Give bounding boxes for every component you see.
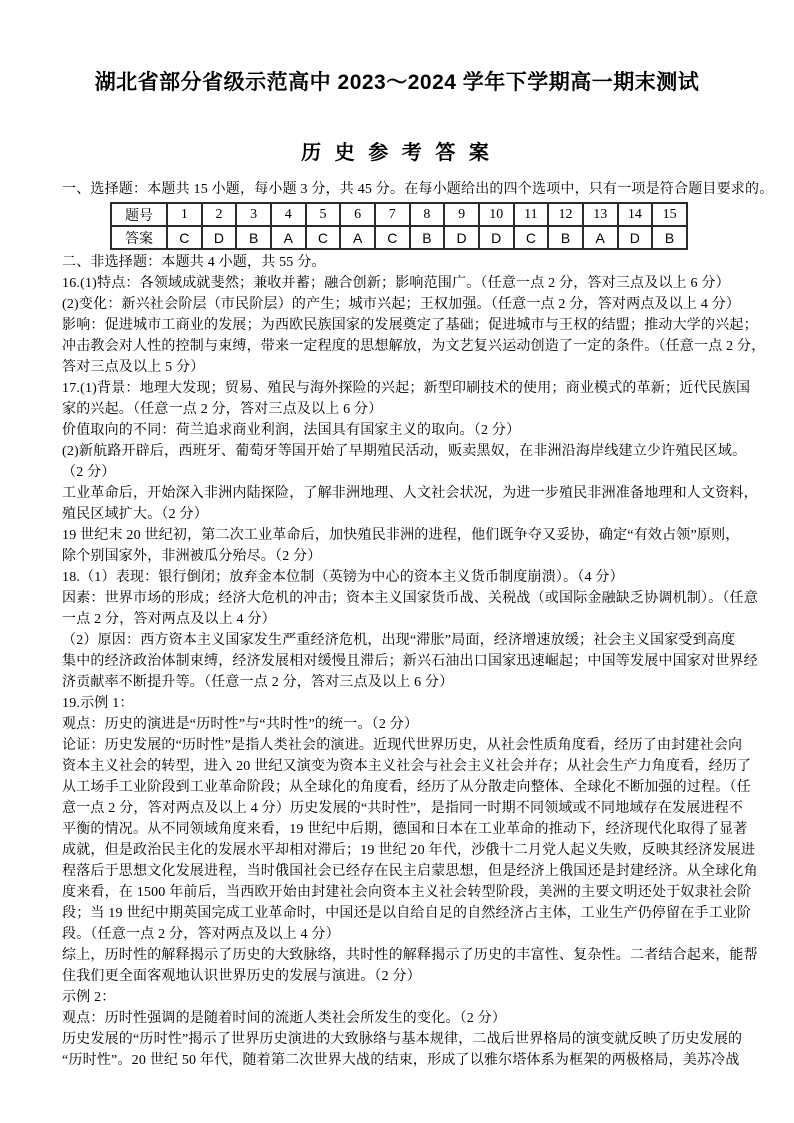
answer-line: 意一点 2 分，答对两点及以上 4 分）历史发展的“共时性”，是指同一时期不同领…	[62, 798, 732, 819]
answer-line: 16.(1)特点：各领域成就斐然；兼收并蓄；融合创新；影响范围广。（任意一点 2…	[62, 273, 732, 294]
question-number: 13	[583, 203, 618, 226]
answer-line: 示例 2：	[62, 987, 732, 1008]
table-row-numbers: 题号 1 2 3 4 5 6 7 8 9 10 11 12 13 14 15	[111, 203, 687, 226]
answer-line: 家的兴起。（任意一点 2 分，答对三点及以上 6 分）	[62, 399, 732, 420]
document-title: 湖北省部分省级示范高中 2023～2024 学年下学期高一期末测试	[62, 0, 732, 96]
answer-line: 平衡的情况。从不同领域角度来看，19 世纪中后期，德国和日本在工业革命的推动下，…	[62, 819, 732, 840]
answer-line: 度来看，在 1500 年前后，当西欧开始由封建社会向资本主义社会转型阶段，美洲的…	[62, 882, 732, 903]
answer-cell: D	[618, 226, 653, 249]
answer-line: 住我们更全面客观地认识世界历史的发展与演进。（2 分）	[62, 966, 732, 987]
question-number: 15	[652, 203, 687, 226]
answer-line: 综上，历时性的解释揭示了历史的大致脉络，共时性的解释揭示了历史的丰富性、复杂性。…	[62, 945, 732, 966]
question-number: 4	[271, 203, 306, 226]
answer-line: 段；当 19 世纪中期英国完成工业革命时，中国还是以自给自足的自然经济占主体，工…	[62, 903, 732, 924]
answer-line: （2 分）	[62, 462, 732, 483]
answer-line: （2）原因：西方资本主义国家发生严重经济危机，出现“滞胀”局面，经济增速放缓；社…	[62, 630, 732, 651]
question-number: 2	[202, 203, 237, 226]
answer-cell: A	[271, 226, 306, 249]
question-number: 8	[410, 203, 445, 226]
answer-line: 价值取向的不同：荷兰追求商业利润，法国具有国家主义的取向。（2 分）	[62, 420, 732, 441]
answer-line: 答对三点及以上 5 分）	[62, 357, 732, 378]
answer-cell: D	[444, 226, 479, 249]
answer-cell: B	[548, 226, 583, 249]
answer-line: 程落后于思想文化发展进程，当时俄国社会已经存在民主启蒙思想，但是经济上俄国还是封…	[62, 861, 732, 882]
answer-cell: C	[375, 226, 410, 249]
answer-line: (2)变化：新兴社会阶层（市民阶层）的产生；城市兴起；王权加强。（任意一点 2 …	[62, 294, 732, 315]
question-number: 12	[548, 203, 583, 226]
table-header-number: 题号	[111, 203, 167, 226]
question-number: 14	[618, 203, 653, 226]
document-content: 湖北省部分省级示范高中 2023～2024 学年下学期高一期末测试 历 史 参 …	[0, 0, 794, 1071]
answer-line: 19 世纪末 20 世纪初，第二次工业革命后，加快殖民非洲的进程，他们既争夺又妥…	[62, 525, 732, 546]
answer-cell: C	[306, 226, 341, 249]
answer-line: 成就，但是政治民主化的发展水平却相对滞后；19 世纪 20 年代，沙俄十二月党人…	[62, 840, 732, 861]
answer-line: 资本主义社会的转型，进入 20 世纪又演变为资本主义社会与社会主义社会并存；从社…	[62, 756, 732, 777]
section2-intro: 二、非选择题：本题共 4 小题，共 55 分。	[62, 252, 732, 273]
answer-line: 冲击教会对人性的控制与束缚，带来一定程度的思想解放，为文艺复兴运动创造了一定的条…	[62, 336, 732, 357]
answer-line: 集中的经济政治体制束缚，经济发展相对缓慢且滞后；新兴石油出口国家迅速崛起；中国等…	[62, 651, 732, 672]
answer-cell: D	[202, 226, 237, 249]
question-number: 1	[167, 203, 202, 226]
answer-line: 19.示例 1：	[62, 693, 732, 714]
answer-line: 济贡献率不断提升等。（任意一点 2 分，答对三点及以上 6 分）	[62, 672, 732, 693]
answer-line: 观点：历史的演进是“历时性”与“共时性”的统一。（2 分）	[62, 714, 732, 735]
answer-cell: C	[167, 226, 202, 249]
answer-cell: B	[652, 226, 687, 249]
answer-cell: A	[340, 226, 375, 249]
document-subtitle: 历 史 参 考 答 案	[62, 96, 732, 179]
answer-cell: B	[236, 226, 271, 249]
question-number: 6	[340, 203, 375, 226]
table-row-answers: 答案 C D B A C A C B D D C B A D B	[111, 226, 687, 249]
answer-line: 除个别国家外，非洲被瓜分殆尽。（2 分）	[62, 546, 732, 567]
answer-line: 17.(1)背景：地理大发现；贸易、殖民与海外探险的兴起；新型印刷技术的使用；商…	[62, 378, 732, 399]
answer-line: 工业革命后，开始深入非洲内陆探险，了解非洲地理、人文社会状况，为进一步殖民非洲准…	[62, 483, 732, 504]
answer-line: 一点 2 分，答对两点及以上 4 分）	[62, 609, 732, 630]
answer-line: “历时性”。20 世纪 50 年代，随着第二次世界大战的结束，形成了以雅尔塔体系…	[62, 1050, 732, 1071]
answer-line: 殖民区域扩大。（2 分）	[62, 504, 732, 525]
answer-line: 论证：历史发展的“历时性”是指人类社会的演进。近现代世界历史，从社会性质角度看，…	[62, 735, 732, 756]
section1-intro: 一、选择题：本题共 15 小题，每小题 3 分，共 45 分。在每小题给出的四个…	[62, 179, 732, 200]
question-number: 11	[514, 203, 549, 226]
answer-cell: A	[583, 226, 618, 249]
answer-table: 题号 1 2 3 4 5 6 7 8 9 10 11 12 13 14 15 答…	[110, 202, 688, 250]
question-number: 3	[236, 203, 271, 226]
answer-line: 段。（任意一点 2 分，答对两点及以上 4 分）	[62, 924, 732, 945]
answer-line: 观点：历时性强调的是随着时间的流逝人类社会所发生的变化。（2 分）	[62, 1008, 732, 1029]
question-number: 10	[479, 203, 514, 226]
answer-cell: B	[410, 226, 445, 249]
document-page: 湖北省部分省级示范高中 2023～2024 学年下学期高一期末测试 历 史 参 …	[0, 0, 794, 1123]
answer-line: 18.（1）表现：银行倒闭；放弃金本位制（英镑为中心的资本主义货币制度崩溃）。（…	[62, 567, 732, 588]
answer-line: 影响：促进城市工商业的发展；为西欧民族国家的发展奠定了基础；促进城市与王权的结盟…	[62, 315, 732, 336]
answer-line: 从工场手工业阶段到工业革命阶段；从全球化的角度看，经历了从分散走向整体、全球化不…	[62, 777, 732, 798]
question-number: 9	[444, 203, 479, 226]
question-number: 5	[306, 203, 341, 226]
table-header-answer: 答案	[111, 226, 167, 249]
answer-cell: D	[479, 226, 514, 249]
answer-line: (2)新航路开辟后，西班牙、葡萄牙等国开始了早期殖民活动，贩卖黑奴，在非洲沿海岸…	[62, 441, 732, 462]
answer-line: 历史发展的“历时性”揭示了世界历史演进的大致脉络与基本规律，二战后世界格局的演变…	[62, 1029, 732, 1050]
answer-cell: C	[514, 226, 549, 249]
answer-line: 因素：世界市场的形成；经济大危机的冲击；资本主义国家货币战、关税战（或国际金融缺…	[62, 588, 732, 609]
question-number: 7	[375, 203, 410, 226]
